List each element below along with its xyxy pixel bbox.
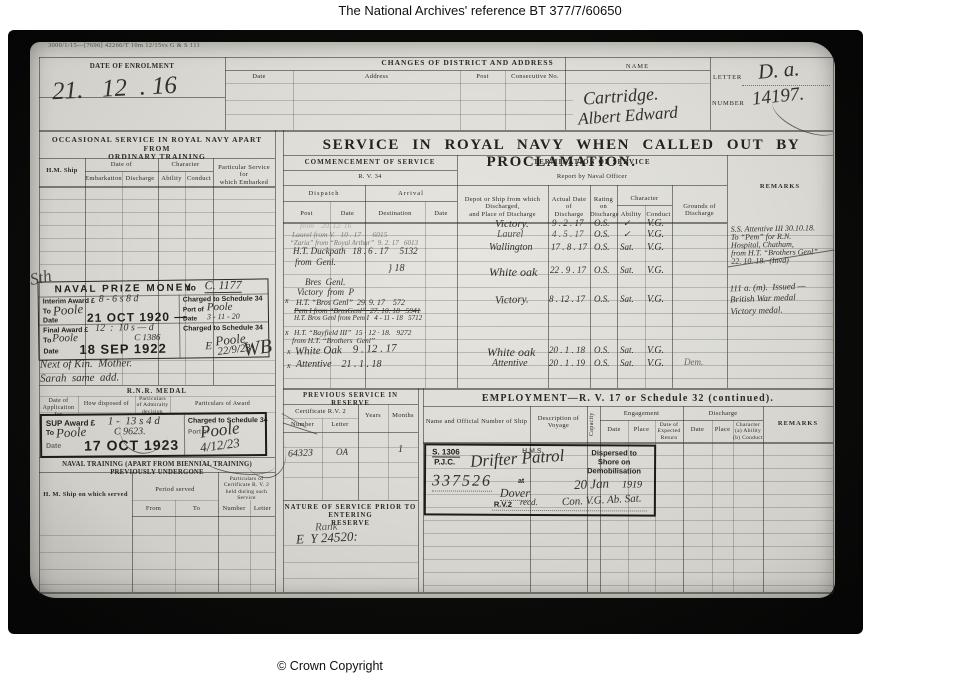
commencement-entry: Laurel from V. 10 . 17 6015 [292,230,387,239]
termination-title: TERMINATION OF SERVICE [457,158,727,166]
rule-line [132,516,275,517]
rule-line [833,57,834,592]
rule-line [39,552,275,553]
rule-line [683,406,684,592]
previous-months: Months [388,412,418,419]
prize-no-label: No [184,282,195,292]
changes-col-consecutive: Consecutive No. [505,73,565,80]
page: The National Archives' reference BT 377/… [0,0,960,679]
previous-letter-value: OA [336,447,348,458]
rule-line [225,114,573,115]
employment-eng-place: Place [628,426,655,433]
letter-label: LETTER [713,74,742,81]
training-letter: Letter [250,505,275,512]
date-cell: 9 . 2 . 17 [552,218,584,229]
employment-der: Date of Expected Return [655,422,683,441]
occasional-date-of: Date of [85,161,158,168]
prize-chg-date-1: 3 - 11 - 20 [207,312,240,322]
training-cert: Particulars of Certificate R. V. 2 held … [218,476,275,501]
employment-ship: Name and Official Number of Ship [423,418,530,425]
rule-line [423,533,833,534]
rule-line [39,569,275,570]
prize-interim-value: 8 - 6 s 8 d [99,293,139,306]
rule-line [423,406,833,407]
rule-line [39,535,275,536]
rule-line [275,130,276,592]
occasional-particular-service: Particular Service for which Embarked [213,164,275,186]
commencement-entry: Attentive 21 . 1 . 18 [296,359,382,371]
ability-cell: Sat. [620,265,634,276]
prize-no-value: C. 1177 [204,278,241,294]
number-label: NUMBER [712,100,745,107]
previous-number-value: 64323 [288,447,314,460]
rule-line [423,520,833,521]
rnr-to-label: To [46,430,54,437]
stamp-number-value: 337526 [432,471,492,492]
rule-line [184,415,185,455]
rule-line [39,199,275,200]
commencement-x-mark: x [287,361,291,371]
prize-charged-2: Charged to Schedule 34 [183,324,263,332]
occasional-embarkation: Embarkation [85,175,122,182]
rnr-to-value: Poole [56,424,87,441]
training-ship: H. M. Ship on which served [39,491,132,498]
conduct-cell: V.G. [647,229,664,241]
termination-row: Wallington 17 . 8 . 17 O.S. Sat. V.G. [457,242,727,255]
commencement-entry: from 20. 12. 16 [300,221,351,230]
rule-line [418,388,419,592]
stamp-ship-value: Drifter Patrol [470,446,565,472]
conduct-cell: V.G. [647,294,664,306]
date-cell: 17 . 8 . 17 [551,242,587,253]
rule-line [283,432,418,433]
prize-money-stamp: NAVAL PRIZE MONEY No C. 1177 Interim Awa… [37,278,269,360]
previous-letter: Letter [322,421,358,428]
employment-char: Character (a) Ability (b) Conduct [733,422,763,441]
commencement-x-mark: x [285,328,289,338]
rule-line [423,546,833,547]
prize-date-label: Date [43,317,58,324]
rule-line [710,57,711,130]
employment-capacity: Capacity [589,410,596,438]
stamp-rv2-label: R.V.2 [494,500,512,509]
stamp-year: 1919 [622,479,642,490]
prize-to-label-2: To [43,337,51,344]
rule-line [283,326,833,327]
rule-line [250,500,251,592]
rule-line [225,57,226,130]
rule-line [85,171,213,172]
rule-line [423,585,833,586]
rating-cell: O.S. [594,265,610,276]
rule-line [763,406,764,592]
rule-line [283,388,833,390]
prize-port-label: Port of [183,306,204,313]
training-title: NAVAL TRAINING (APART FROM BIENNIAL TRAI… [39,461,275,477]
rule-line [39,592,833,594]
rule-line [283,418,358,419]
rating-cell: O.S. [594,294,610,305]
ability-cell: ✓ [623,229,631,240]
occasional-character: Character [158,161,213,168]
training-to: To [175,505,218,512]
termination-rating: Rating on Discharge [590,196,617,218]
rule-line [179,295,181,358]
prize-to-label: To [43,308,51,315]
rule-line [39,251,275,252]
enrolment-label: DATE OF ENROLMENT [39,62,225,70]
rule-line [39,212,275,213]
conduct-cell: V.G. [647,358,664,370]
commencement-destination: Destination [365,210,425,217]
changes-col-date: Date [225,73,293,80]
ability-cell: Sat. [620,294,634,305]
remarks-note-2: 111 a. (m). Issued — British War medal V… [729,281,806,317]
commencement-date: Date [330,210,365,217]
ability-cell: Sat. [620,358,634,369]
rating-cell: O.S. [594,218,610,229]
rule-line [283,378,833,379]
rating-cell: O.S. [594,345,610,356]
name-label: NAME [565,63,710,70]
employment-discharge: Discharge [683,410,763,417]
rule-line [39,584,275,585]
employment-dis-date: Date [683,426,712,433]
commencement-entry: from Genl. [295,257,336,268]
prize-date-label-2: Date [43,348,58,355]
conduct-cell: V.G. [647,345,664,357]
ship-cell: Victory. [495,293,529,307]
prize-signature: WB [241,334,273,362]
termination-row: Victory. 8 . 12 . 17 O.S. Sat. V.G. [457,294,727,307]
rnr-date-label: Date [46,443,61,450]
rule-line [492,509,647,512]
rule-line [283,578,418,579]
prize-chg-date-label: Date [183,315,197,322]
changes-col-address: Address [293,73,460,80]
termination-row: White oak 22 . 9 . 17 O.S. Sat. V.G. [457,265,727,278]
commencement-arrival: Arrival [365,190,457,197]
rule-line [283,201,457,202]
nature-line-2: E Y 24520: [296,528,358,547]
nature-title: NATURE OF SERVICE PRIOR TO ENTERING RESE… [283,504,418,527]
commencement-entry: Victory from P [297,287,354,298]
rule-line [423,572,833,573]
date-cell: 20 . 1 . 18 [549,345,585,356]
termination-actual-date: Actual Date of Discharge [548,196,590,218]
previous-years: Years [358,412,388,419]
commencement-dispatch: Dispatch [283,190,365,197]
commencement-date2: Date [425,210,457,217]
conduct-cell: V.G. [647,265,664,277]
next-of-kin-note: Next of Kin. Mother. Sarah same add. [40,357,133,386]
rating-cell: O.S. [594,358,610,369]
date-cell: 20 . 1 . 19 [549,358,585,369]
employment-dis-place: Place [712,426,733,433]
prize-date-stamp-2: 18 SEP 1922 [79,341,167,357]
employment-voyage: Description of Voyage [530,415,587,430]
form-print-reference: 3000/1/15—[7696] 42266/T 10m 12/15vs G &… [48,42,200,49]
occasional-ability: Ability [158,175,185,182]
rule-line [600,420,763,421]
termination-row: Laurel 4 . 5 . 17 O.S. ✓ V.G. [457,229,727,242]
rule-line [283,500,418,501]
date-cell: 22 . 9 . 17 [550,265,586,276]
commencement-post: Post [283,210,330,217]
occasional-conduct: Conduct [185,175,213,182]
termination-grounds: Grounds of Discharge [672,203,727,218]
training-number: Number [218,505,250,512]
rule-line [733,420,734,592]
ship-cell: Laurel [497,229,523,241]
ability-cell: Sat. [620,242,634,253]
rule-line [283,477,418,478]
changes-col-post: Post [460,73,505,80]
rnr-title: R.N.R. MEDAL [39,387,275,395]
rule-line [39,225,275,226]
stamp-recd: recd. [520,497,538,508]
previous-months-value: 1 [398,444,403,456]
stamp-at-label: at [518,478,524,485]
date-cell: 8 . 12 . 17 [549,294,585,305]
commencement-x-mark: x [285,296,289,306]
occasional-hm-ship: H.M. Ship [39,167,85,174]
rule-line [425,201,426,388]
employment-title: EMPLOYMENT—R. V. 17 or Schedule 32 (cont… [423,393,833,405]
ship-cell: Attentive [492,358,528,370]
ability-cell: Sat. [620,345,634,356]
rule-line [322,418,323,500]
conduct-cell: V.G. [647,242,664,254]
employment-engagement: Engagement [600,410,683,417]
commencement-title: COMMENCEMENT OF SERVICE [283,158,457,166]
rule-line [225,100,573,101]
commencement-rv: R. V. 34 [283,173,457,180]
stamp-dispersed: Dispersed to Shore on Demobilisation [578,448,650,475]
termination-character: Character [617,195,672,202]
rating-cell: O.S. [594,229,610,240]
rule-line [175,500,176,592]
commencement-entry: H.T. Bros Genl from Pem I 4 - 11 - 18 57… [294,314,422,322]
commencement-entry: } 18 [388,263,405,275]
rating-cell: O.S. [594,242,610,253]
rule-line [283,562,418,563]
rule-line [423,559,833,560]
rule-line [712,420,713,592]
rule-line [283,185,727,186]
ship-cell: Wallington [489,242,533,254]
rule-line [39,130,833,132]
training-period: Period served [132,486,218,493]
commencement-entry: H.T. Duckpath 18 . 6 . 17 5132 [293,246,418,257]
rule-line [39,238,275,239]
occasional-discharge: Discharge [122,175,158,182]
stamp-char-value: Con. V.G. Ab. Sat. [562,492,642,509]
grounds-cell: Dem. [684,357,703,368]
stamp-date-value: 20 Jan [574,475,610,492]
termination-report: Report by Naval Officer [457,173,727,180]
training-from: From [132,505,175,512]
commencement-x-mark: x [287,347,291,357]
occasional-title: OCCASIONAL SERVICE IN ROYAL NAVY APART F… [39,136,275,162]
employment-remarks: REMARKS [763,420,833,427]
rnr-h4: Particulars of Award [170,401,275,408]
archive-reference-caption: The National Archives' reference BT 377/… [0,3,960,18]
rule-line [283,462,418,463]
remarks-label: REMARKS [727,183,833,190]
previous-cert: Certificate R.V. 2 [283,408,358,415]
letter-value: D. a. [757,56,800,85]
rule-line [39,264,275,265]
date-cell: 4 . 5 . 17 [552,229,584,240]
ship-cell: White oak [489,265,537,279]
ability-cell: ✓ [623,218,631,229]
termination-depot: Depot or Ship from which Discharged, and… [457,196,548,218]
previous-title: PREVIOUS SERVICE IN RESERVE [283,392,418,408]
stamp-s1306: S. 1306 [432,447,460,457]
crown-copyright-caption: © Crown Copyright [245,659,415,673]
stamp-pjc: P.J.C. [434,457,455,466]
prize-e-mark: E [205,340,212,353]
employment-eng-date: Date [600,426,628,433]
prize-to-value: Poole [52,301,84,319]
prize-to-value-2: Poole [52,332,78,346]
demobilisation-stamp: S. 1306 P.J.C. H.M.S. Drifter Patrol Dis… [424,443,656,516]
